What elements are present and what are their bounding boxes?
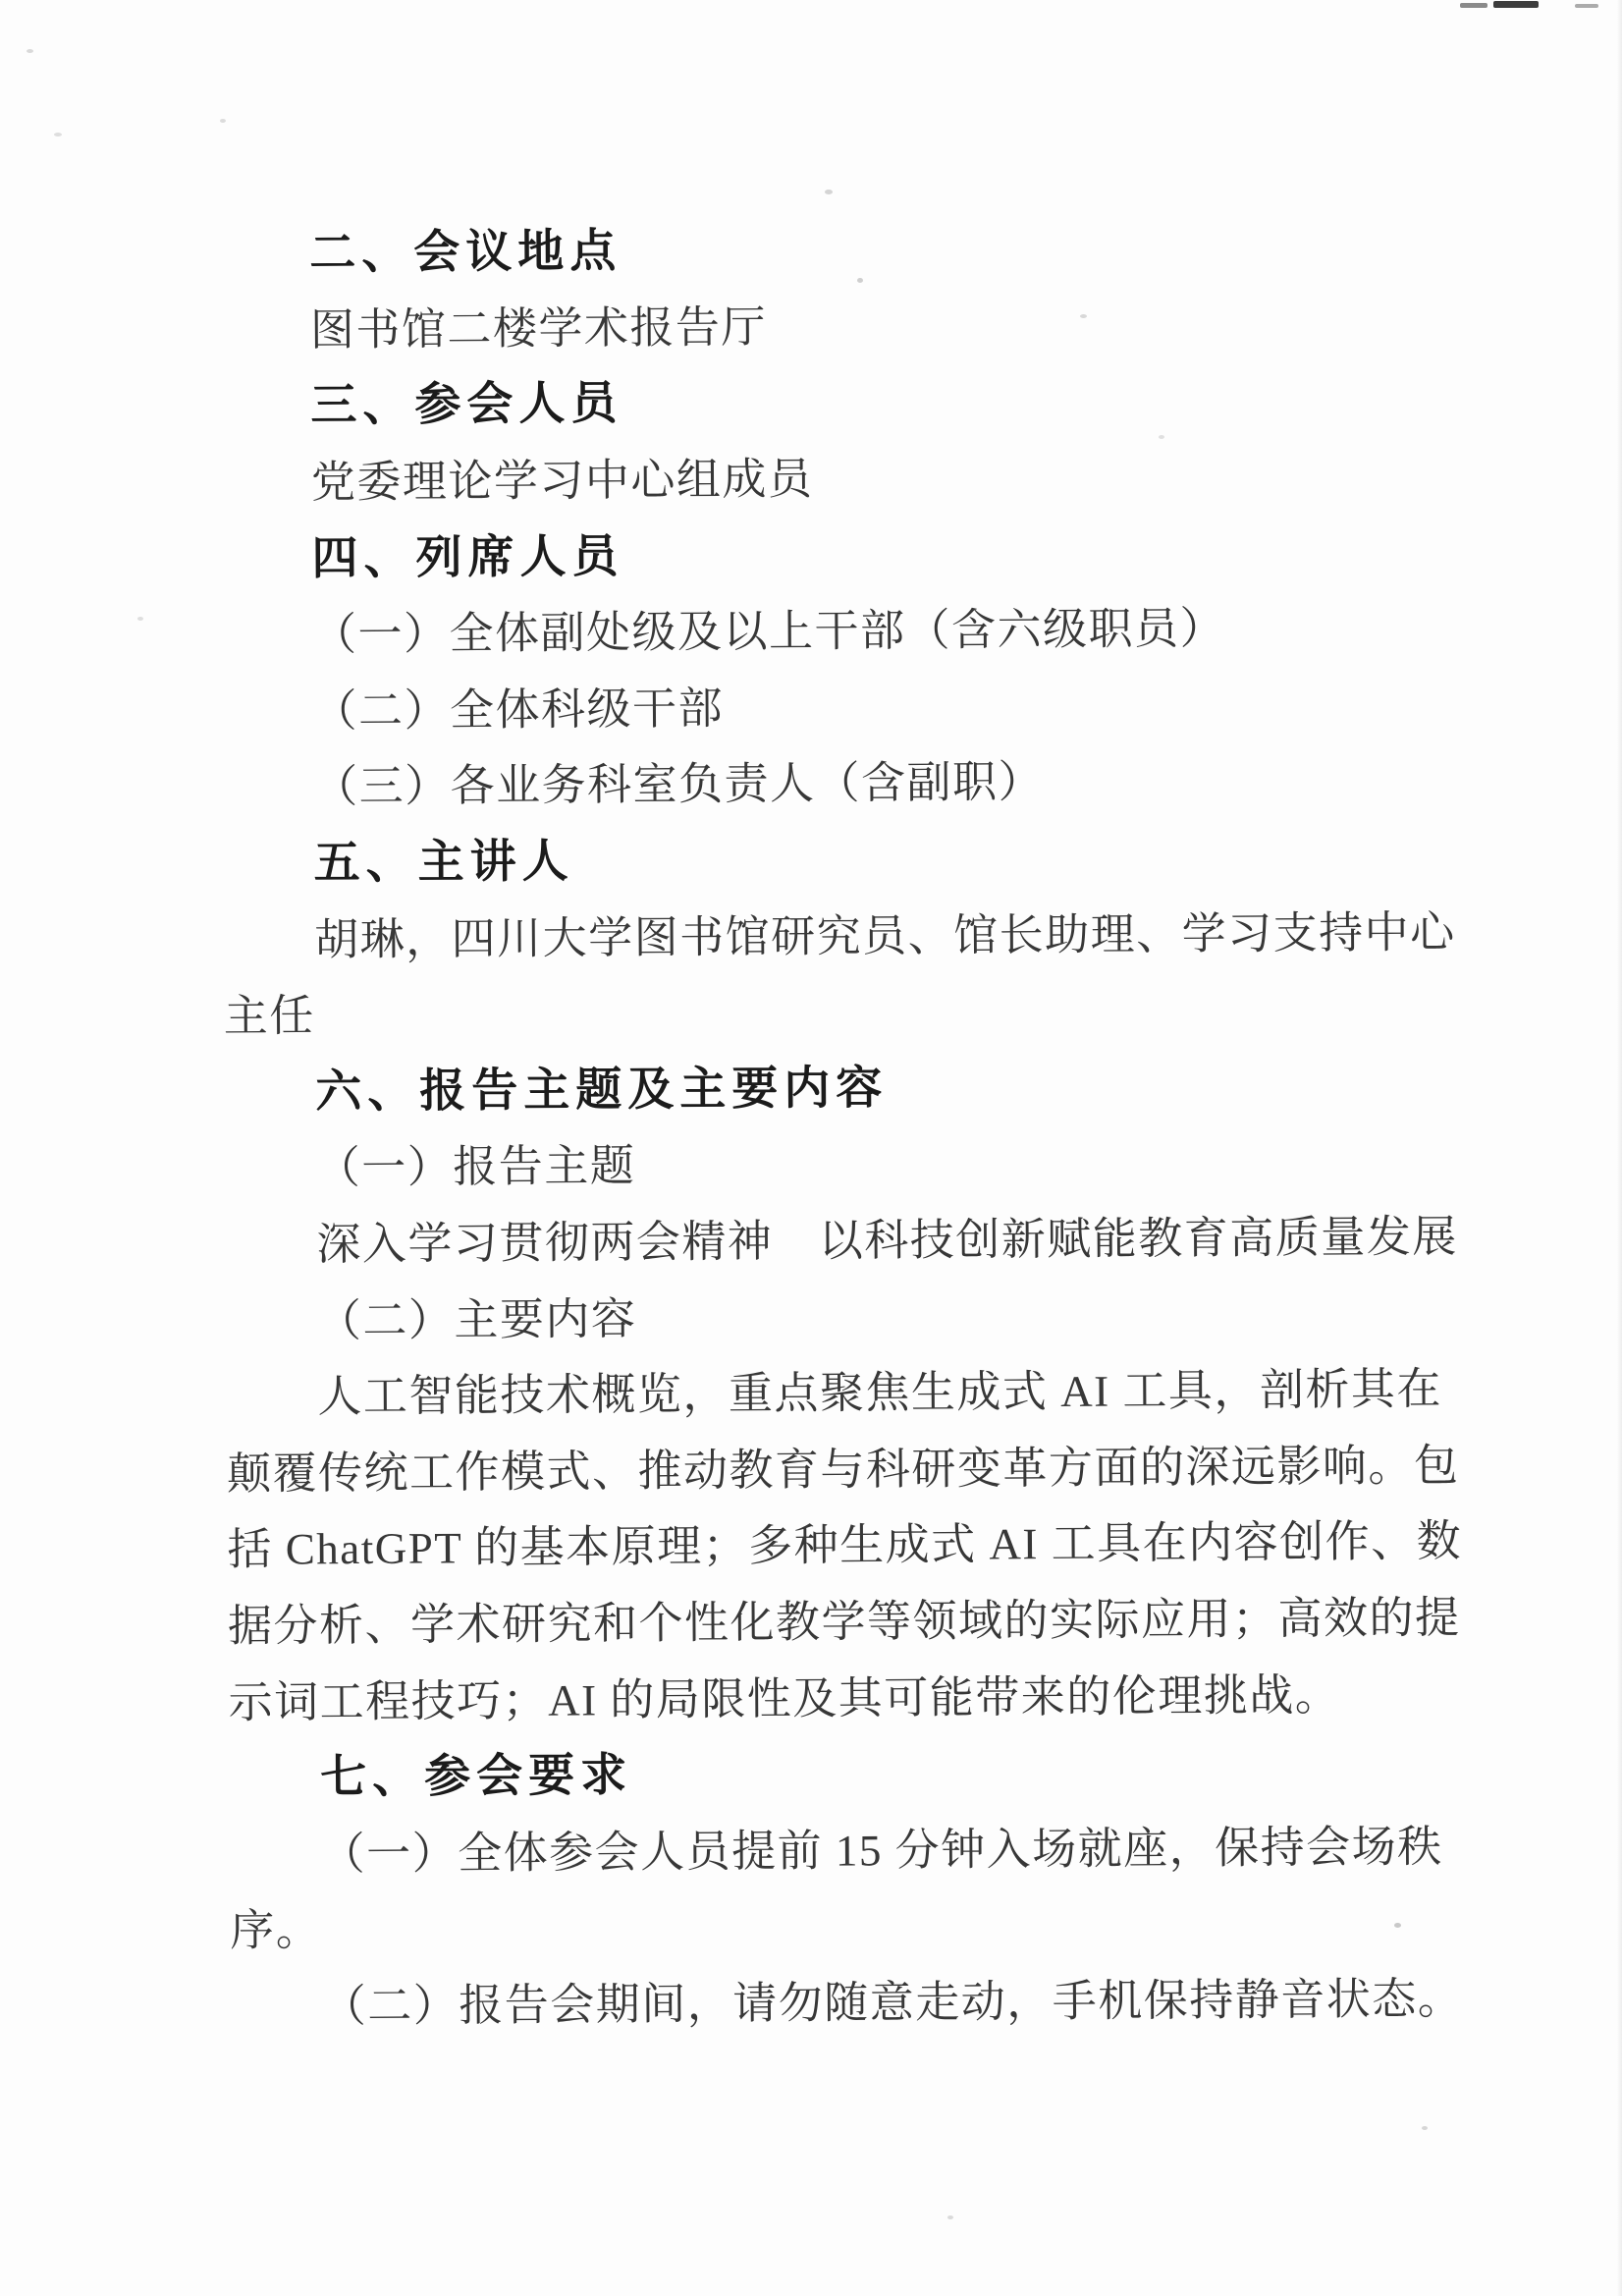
scan-speck [825,190,833,194]
heading-section-3-attendees: 三、参会人员 [219,355,1496,441]
scan-artifact-dash [1493,1,1539,8]
body-content-label: （二）主要内容 [226,1270,1503,1355]
body-content-line-5: 示词工程技巧；AI 的局限性及其可能带来的伦理挑战。 [228,1651,1505,1736]
scan-artifact-dash [1575,4,1598,8]
heading-section-7-requirements: 七、参会要求 [229,1727,1506,1813]
scanned-document-page: 二、会议地点 图书馆二楼学术报告厅 三、参会人员 党委理论学习中心组成员 四、列… [0,0,1622,2296]
body-topic-label: （一）报告主题 [225,1118,1502,1203]
body-requirement-1-line-2: 序。 [230,1880,1507,1965]
body-content-line-3: 括 ChatGPT 的基本原理；多种生成式 AI 工具在内容创作、数 [227,1499,1504,1584]
body-observers-item-3: （三）各业务科室负责人（含副职） [222,737,1499,822]
scanner-edge-shadow [1617,0,1622,2296]
heading-section-4-observers: 四、列席人员 [220,508,1497,593]
body-topic-title: 深入学习贯彻两会精神 以科技创新赋能教育高质量发展 [225,1194,1502,1280]
body-meeting-location: 图书馆二楼学术报告厅 [219,280,1496,365]
scan-speck [947,2215,953,2219]
scan-speck [27,49,33,53]
body-speaker-line-1: 胡琳，四川大学图书馆研究员、馆长助理、学习支持中心 [223,889,1500,974]
heading-section-5-speaker: 五、主讲人 [222,813,1499,899]
body-speaker-line-2: 主任 [223,965,1500,1051]
scan-artifact-dash [1460,3,1487,8]
body-content-line-2: 颠覆传统工作模式、推动教育与科研变革方面的深远影响。包 [227,1422,1504,1507]
body-requirement-1-line-1: （一）全体参会人员提前 15 分钟入场就座，保持会场秩 [229,1803,1506,1888]
scan-speck [1422,2126,1428,2130]
heading-section-6-topic-and-content: 六、报告主题及主要内容 [224,1041,1501,1126]
scan-speck [54,133,62,137]
body-observers-item-1: （一）全体副处级及以上干部（含六级职员） [221,584,1498,670]
heading-section-2-meeting-location: 二、会议地点 [218,203,1495,289]
body-attendees: 党委理论学习中心组成员 [220,432,1497,518]
body-content-line-1: 人工智能技术概览，重点聚焦生成式 AI 工具，剖析其在 [226,1346,1503,1432]
body-requirement-2: （二）报告会期间，请勿随意走动，手机保持静音状态。 [230,1956,1507,2042]
body-observers-item-2: （二）全体科级干部 [221,660,1498,745]
scan-speck [220,119,226,123]
body-content-line-4: 据分析、学术研究和个性化教学等领域的实际应用；高效的提 [228,1575,1505,1661]
scan-speck [137,617,143,621]
document-body: 二、会议地点 图书馆二楼学术报告厅 三、参会人员 党委理论学习中心组成员 四、列… [218,203,1507,2041]
